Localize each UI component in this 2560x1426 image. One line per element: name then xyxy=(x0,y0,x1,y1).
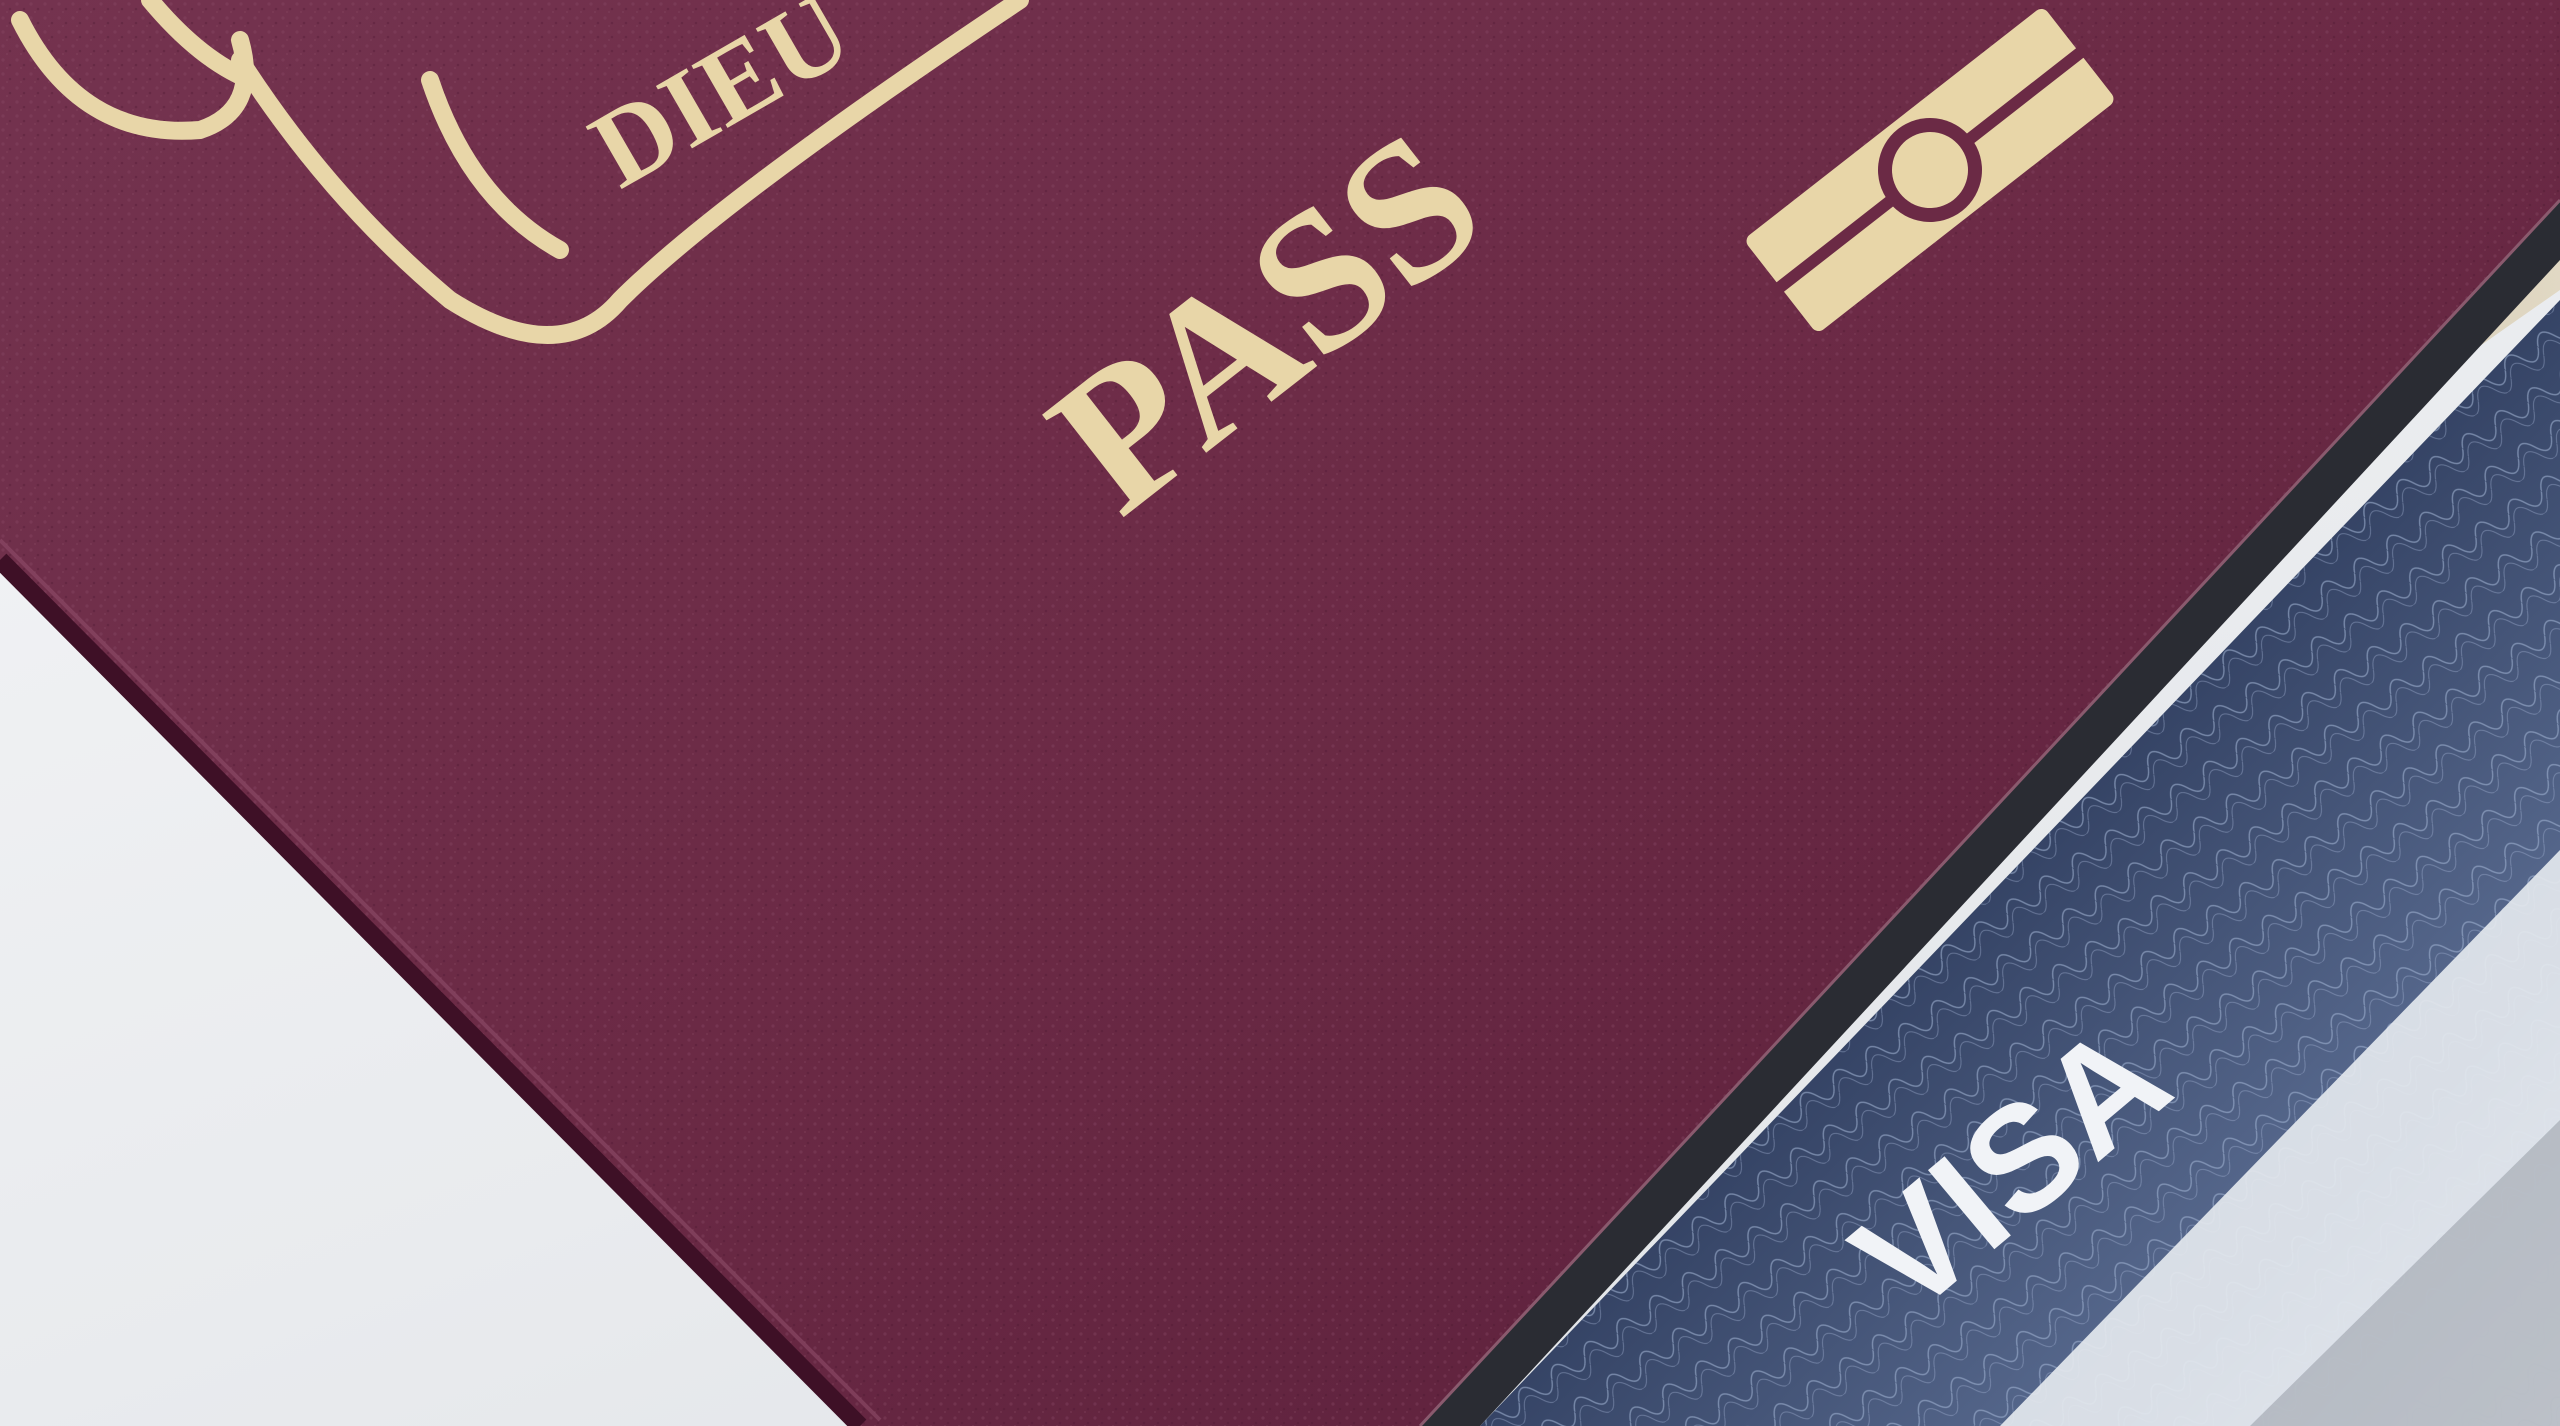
photo-illustration: VISA DIEU PASS xyxy=(0,0,2560,1426)
photo-scene: VISA DIEU PASS xyxy=(0,0,2560,1426)
